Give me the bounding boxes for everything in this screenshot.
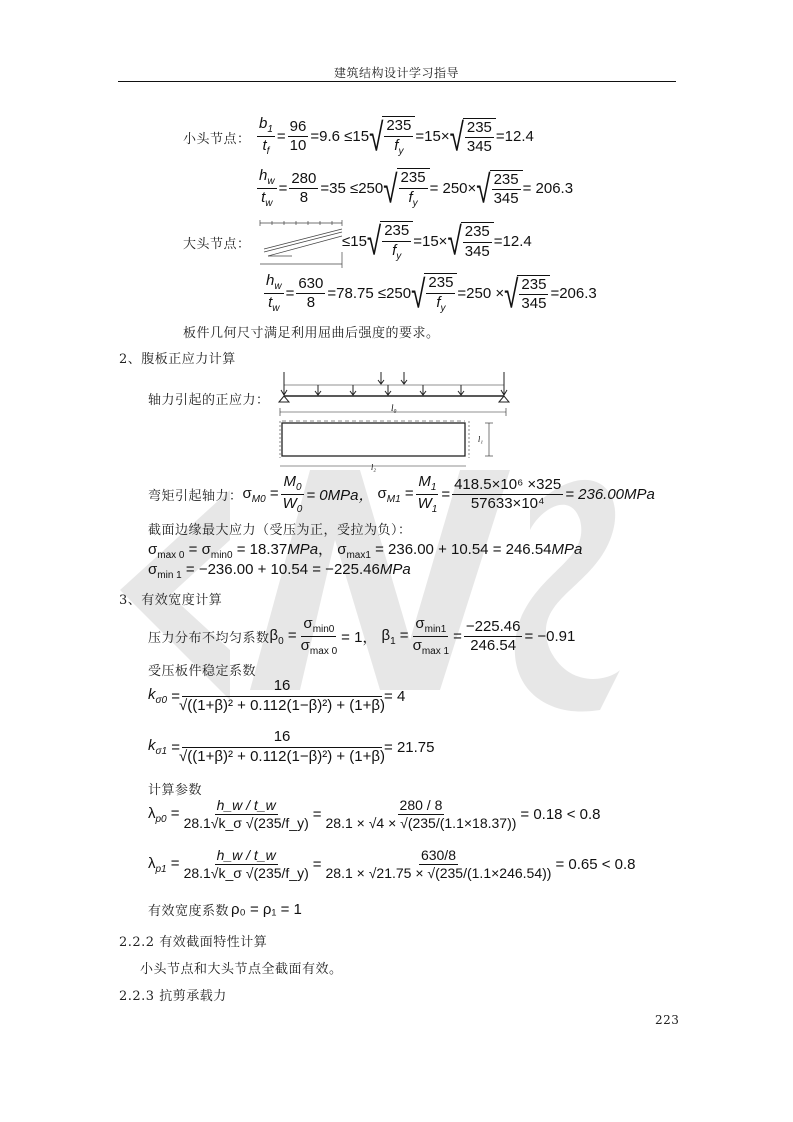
stability-coefficient-label: 受压板件稳定系数 [148, 660, 256, 679]
inclined-beam-diagram [258, 218, 350, 270]
k-sigma1-equation: kσ1 = 16√((1+β)² + 0.112(1−β)²) + (1+β) … [148, 729, 435, 765]
sigma-min-line: σmin 1 = −236.00 + 10.54 = −225.46MPa [148, 561, 411, 581]
page-number: 223 [655, 1013, 679, 1027]
lambda-p0-equation: λp0 = h_w / t_w28.1√k_σ √(235/f_y) = 280… [148, 798, 600, 832]
section-2-heading: 2、腹板正应力计算 [119, 348, 236, 367]
beam-load-diagram: l₀ l₁ l₂ [276, 370, 516, 475]
calc-params-label: 计算参数 [148, 779, 202, 798]
effective-width-coefficient: 有效宽度系数 ρ₀ = ρ₁ = 1 [148, 900, 302, 919]
svg-text:l₀: l₀ [391, 403, 397, 413]
svg-text:l₂: l₂ [371, 463, 376, 472]
section-2-2-2-heading: 2.2.2 有效截面特性计算 [119, 931, 267, 950]
running-header: 建筑结构设计学习指导 [0, 64, 793, 81]
axial-stress-label: 轴力引起的正应力： [148, 389, 270, 408]
small-node-label: 小头节点： [183, 128, 251, 147]
header-rule [118, 81, 676, 82]
large-node-label: 大头节点： [183, 233, 251, 252]
equation-hw-tw-large: hwtw = 6308 =78.75 ≤250 √235fy =250 × √2… [262, 273, 597, 314]
sigma-max-line: σmax 0 = σmin0 = 18.37MPa， σmax1 = 236.0… [148, 538, 582, 561]
section-3-heading: 3、有效宽度计算 [119, 589, 222, 608]
equation-b1-tf: b1tf = 9610 =9.6 ≤15 √235fy =15× √235345… [255, 116, 534, 157]
conclusion-text: 板件几何尺寸满足利用屈曲后强度的要求。 [183, 322, 440, 341]
lambda-p1-equation: λp1 = h_w / t_w28.1√k_σ √(235/f_y) = 630… [148, 848, 636, 882]
svg-text:l₁: l₁ [478, 435, 483, 444]
equation-large-node-b1: ≤15 √235fy =15× √235345 =12.4 [342, 221, 532, 262]
beta-equation: 压力分布不均匀系数 β0 = σmin0σmax 0 = 1， β1 = σmi… [148, 616, 575, 657]
k-sigma0-equation: kσ0 = 16√((1+β)² + 0.112(1−β)²) + (1+β) … [148, 678, 405, 714]
section-2-2-2-text: 小头节点和大头节点全截面有效。 [140, 958, 343, 977]
edge-stress-label: 截面边缘最大应力（受压为正，受拉为负）： [148, 519, 412, 538]
section-2-2-3-heading: 2.2.3 抗剪承载力 [119, 985, 227, 1004]
bending-stress-equation: 弯矩引起轴力： σM0 = M0W0 = 0MPa， σM1 = M1W1 = … [148, 474, 655, 515]
equation-hw-tw-small: hwtw = 2808 =35 ≤250 √235fy = 250× √2353… [255, 168, 573, 209]
